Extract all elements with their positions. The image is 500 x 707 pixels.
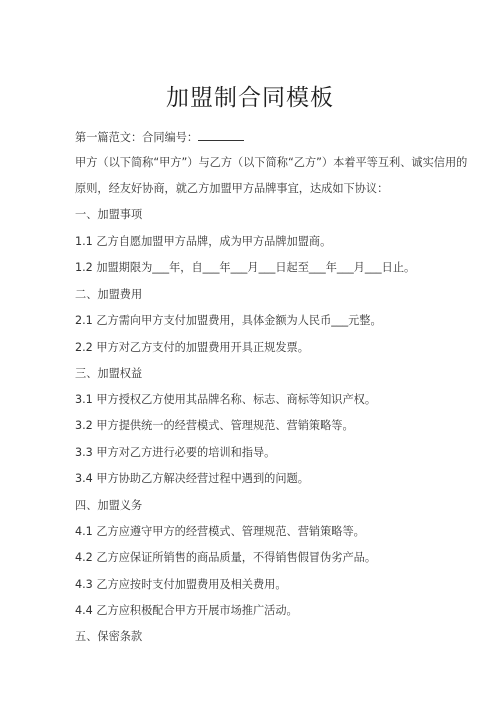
document-title: 加盟制合同模板	[0, 84, 500, 112]
clause-2-2: 2.2 甲方对乙方支付的加盟费用开具正规发票。	[75, 340, 309, 356]
section-heading-5: 五、保密条款	[75, 629, 142, 645]
section-heading-1: 一、加盟事项	[75, 207, 142, 223]
contract-number-line: 第一篇范文：合同编号：	[75, 129, 244, 146]
section-heading-2: 二、加盟费用	[75, 287, 142, 303]
clause-3-2: 3.2 甲方提供统一的经营模式、管理规范、营销策略等。	[75, 418, 354, 434]
contract-number-blank	[198, 129, 244, 141]
section-heading-3: 三、加盟权益	[75, 366, 142, 382]
preamble-line-2: 原则，经友好协商，就乙方加盟甲方品牌事宜，达成如下协议：	[75, 181, 388, 197]
preamble-line-1: 甲方（以下简称“甲方”）与乙方（以下简称“乙方”）本着平等互利、诚实信用的	[75, 155, 467, 171]
clause-3-3: 3.3 甲方对乙方进行必要的培训和指导。	[75, 445, 275, 461]
clause-4-4: 4.4 乙方应积极配合甲方开展市场推广活动。	[75, 603, 298, 619]
clause-3-1: 3.1 甲方授权乙方使用其品牌名称、标志、商标等知识产权。	[75, 392, 376, 408]
clause-1-2: 1.2 加盟期限为___年，自___年___月___日起至___年___月___…	[75, 260, 415, 276]
clause-1-1: 1.1 乙方自愿加盟甲方品牌，成为甲方品牌加盟商。	[75, 234, 331, 250]
contract-number-label: 第一篇范文：合同编号：	[75, 131, 198, 144]
document-page: 加盟制合同模板 第一篇范文：合同编号： 甲方（以下简称“甲方”）与乙方（以下简称…	[0, 0, 500, 707]
clause-4-3: 4.3 乙方应按时支付加盟费用及相关费用。	[75, 577, 287, 593]
clause-4-1: 4.1 乙方应遵守甲方的经营模式、管理规范、营销策略等。	[75, 524, 365, 540]
clause-4-2: 4.2 乙方应保证所销售的商品质量，不得销售假冒伪劣产品。	[75, 550, 376, 566]
clause-3-4: 3.4 甲方协助乙方解决经营过程中遇到的问题。	[75, 471, 309, 487]
clause-2-1: 2.1 乙方需向甲方支付加盟费用，具体金额为人民币___元整。	[75, 313, 382, 329]
section-heading-4: 四、加盟义务	[75, 498, 142, 514]
